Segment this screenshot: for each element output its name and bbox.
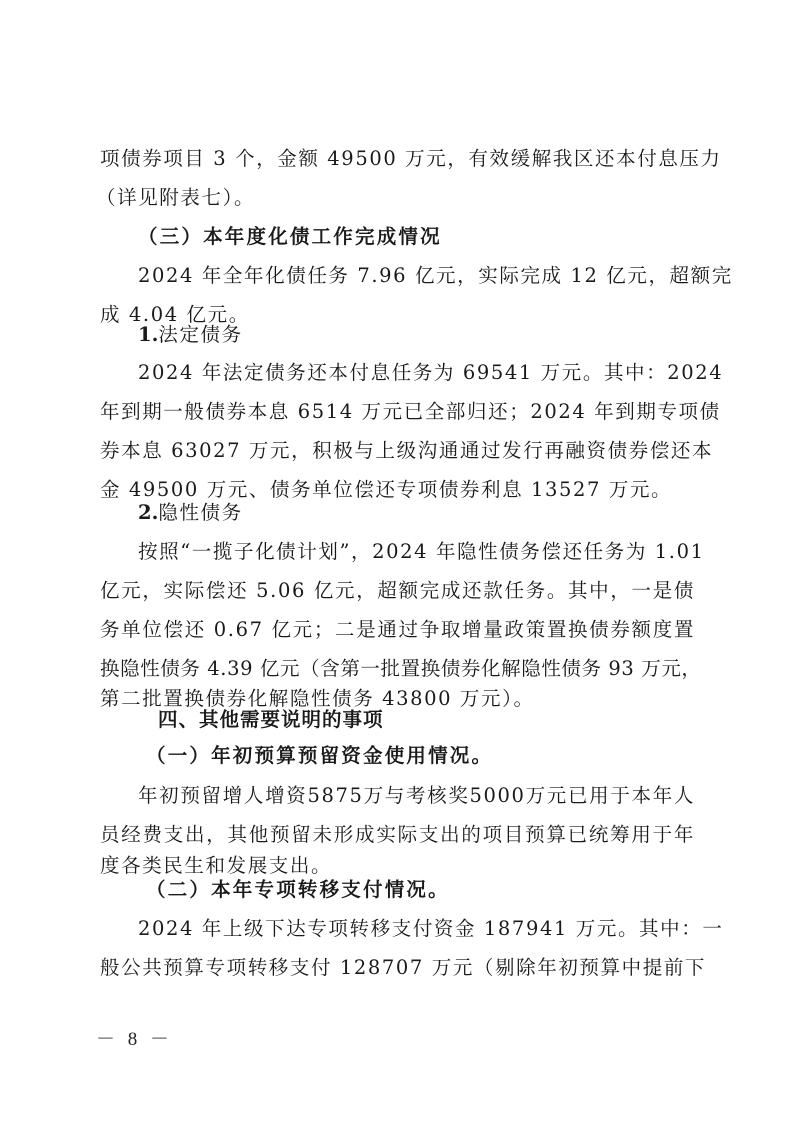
numbered-heading-statutory-debt: 1.法定债务 bbox=[138, 322, 733, 348]
paragraph-line: 2024 年法定债务还本付息任务为 69541 万元。其中：2024 bbox=[138, 360, 695, 386]
document-page: 项债券项目 3 个，金额 49500 万元，有效缓解我区还本付息压力 （详见附表… bbox=[0, 0, 793, 1122]
paragraph-line: 年初预留增人增资5875万与考核奖5000万元已用于本年人 bbox=[138, 783, 695, 809]
subsection-heading-debt-resolution: （三）本年度化债工作完成情况 bbox=[138, 224, 733, 250]
paragraph-line: 按照“一揽子化债计划”，2024 年隐性债务偿还任务为 1.01 bbox=[138, 539, 695, 565]
heading-number: 2. bbox=[138, 501, 158, 524]
paragraph-line: 换隐性债务 4.39 亿元（含第一批置换债券化解隐性债务 93 万元， bbox=[100, 656, 695, 682]
subsection-heading-reserved-funds: （一）年初预算预留资金使用情况。 bbox=[146, 743, 741, 769]
heading-label: 法定债务 bbox=[158, 323, 242, 346]
paragraph-line: 亿元，实际偿还 5.06 亿元，超额完成还款任务。其中，一是债 bbox=[100, 578, 695, 604]
paragraph-line: （详见附表七）。 bbox=[96, 185, 691, 211]
paragraph-line: 务单位偿还 0.67 亿元；二是通过争取增量政策置换债券额度置 bbox=[100, 617, 695, 643]
paragraph-line: 般公共预算专项转移支付 128707 万元（剔除年初预算中提前下 bbox=[100, 955, 695, 981]
paragraph-line: 券本息 63027 万元，积极与上级沟通通过发行再融资债券偿还本 bbox=[100, 438, 695, 464]
heading-number: 1. bbox=[138, 323, 158, 346]
numbered-heading-hidden-debt: 2.隐性债务 bbox=[138, 500, 733, 526]
paragraph-line: 员经费支出，其他预留未形成实际支出的项目预算已统筹用于年 bbox=[100, 822, 695, 848]
subsection-heading-special-transfers: （二）本年专项转移支付情况。 bbox=[146, 877, 741, 903]
paragraph-line: 项债券项目 3 个，金额 49500 万元，有效缓解我区还本付息压力 bbox=[100, 146, 695, 172]
paragraph-line: 度各类民生和发展支出。 bbox=[100, 853, 695, 879]
paragraph-line: 2024 年上级下达专项转移支付资金 187941 万元。其中：一 bbox=[138, 916, 695, 942]
paragraph-line: 年到期一般债券本息 6514 万元已全部归还；2024 年到期专项债 bbox=[100, 399, 695, 425]
paragraph-line: 2024 年全年化债任务 7.96 亿元，实际完成 12 亿元，超额完 bbox=[138, 263, 695, 289]
page-number: － 8 － bbox=[96, 1024, 173, 1051]
section-heading-other-matters: 四、其他需要说明的事项 bbox=[158, 707, 753, 733]
heading-label: 隐性债务 bbox=[158, 501, 242, 524]
